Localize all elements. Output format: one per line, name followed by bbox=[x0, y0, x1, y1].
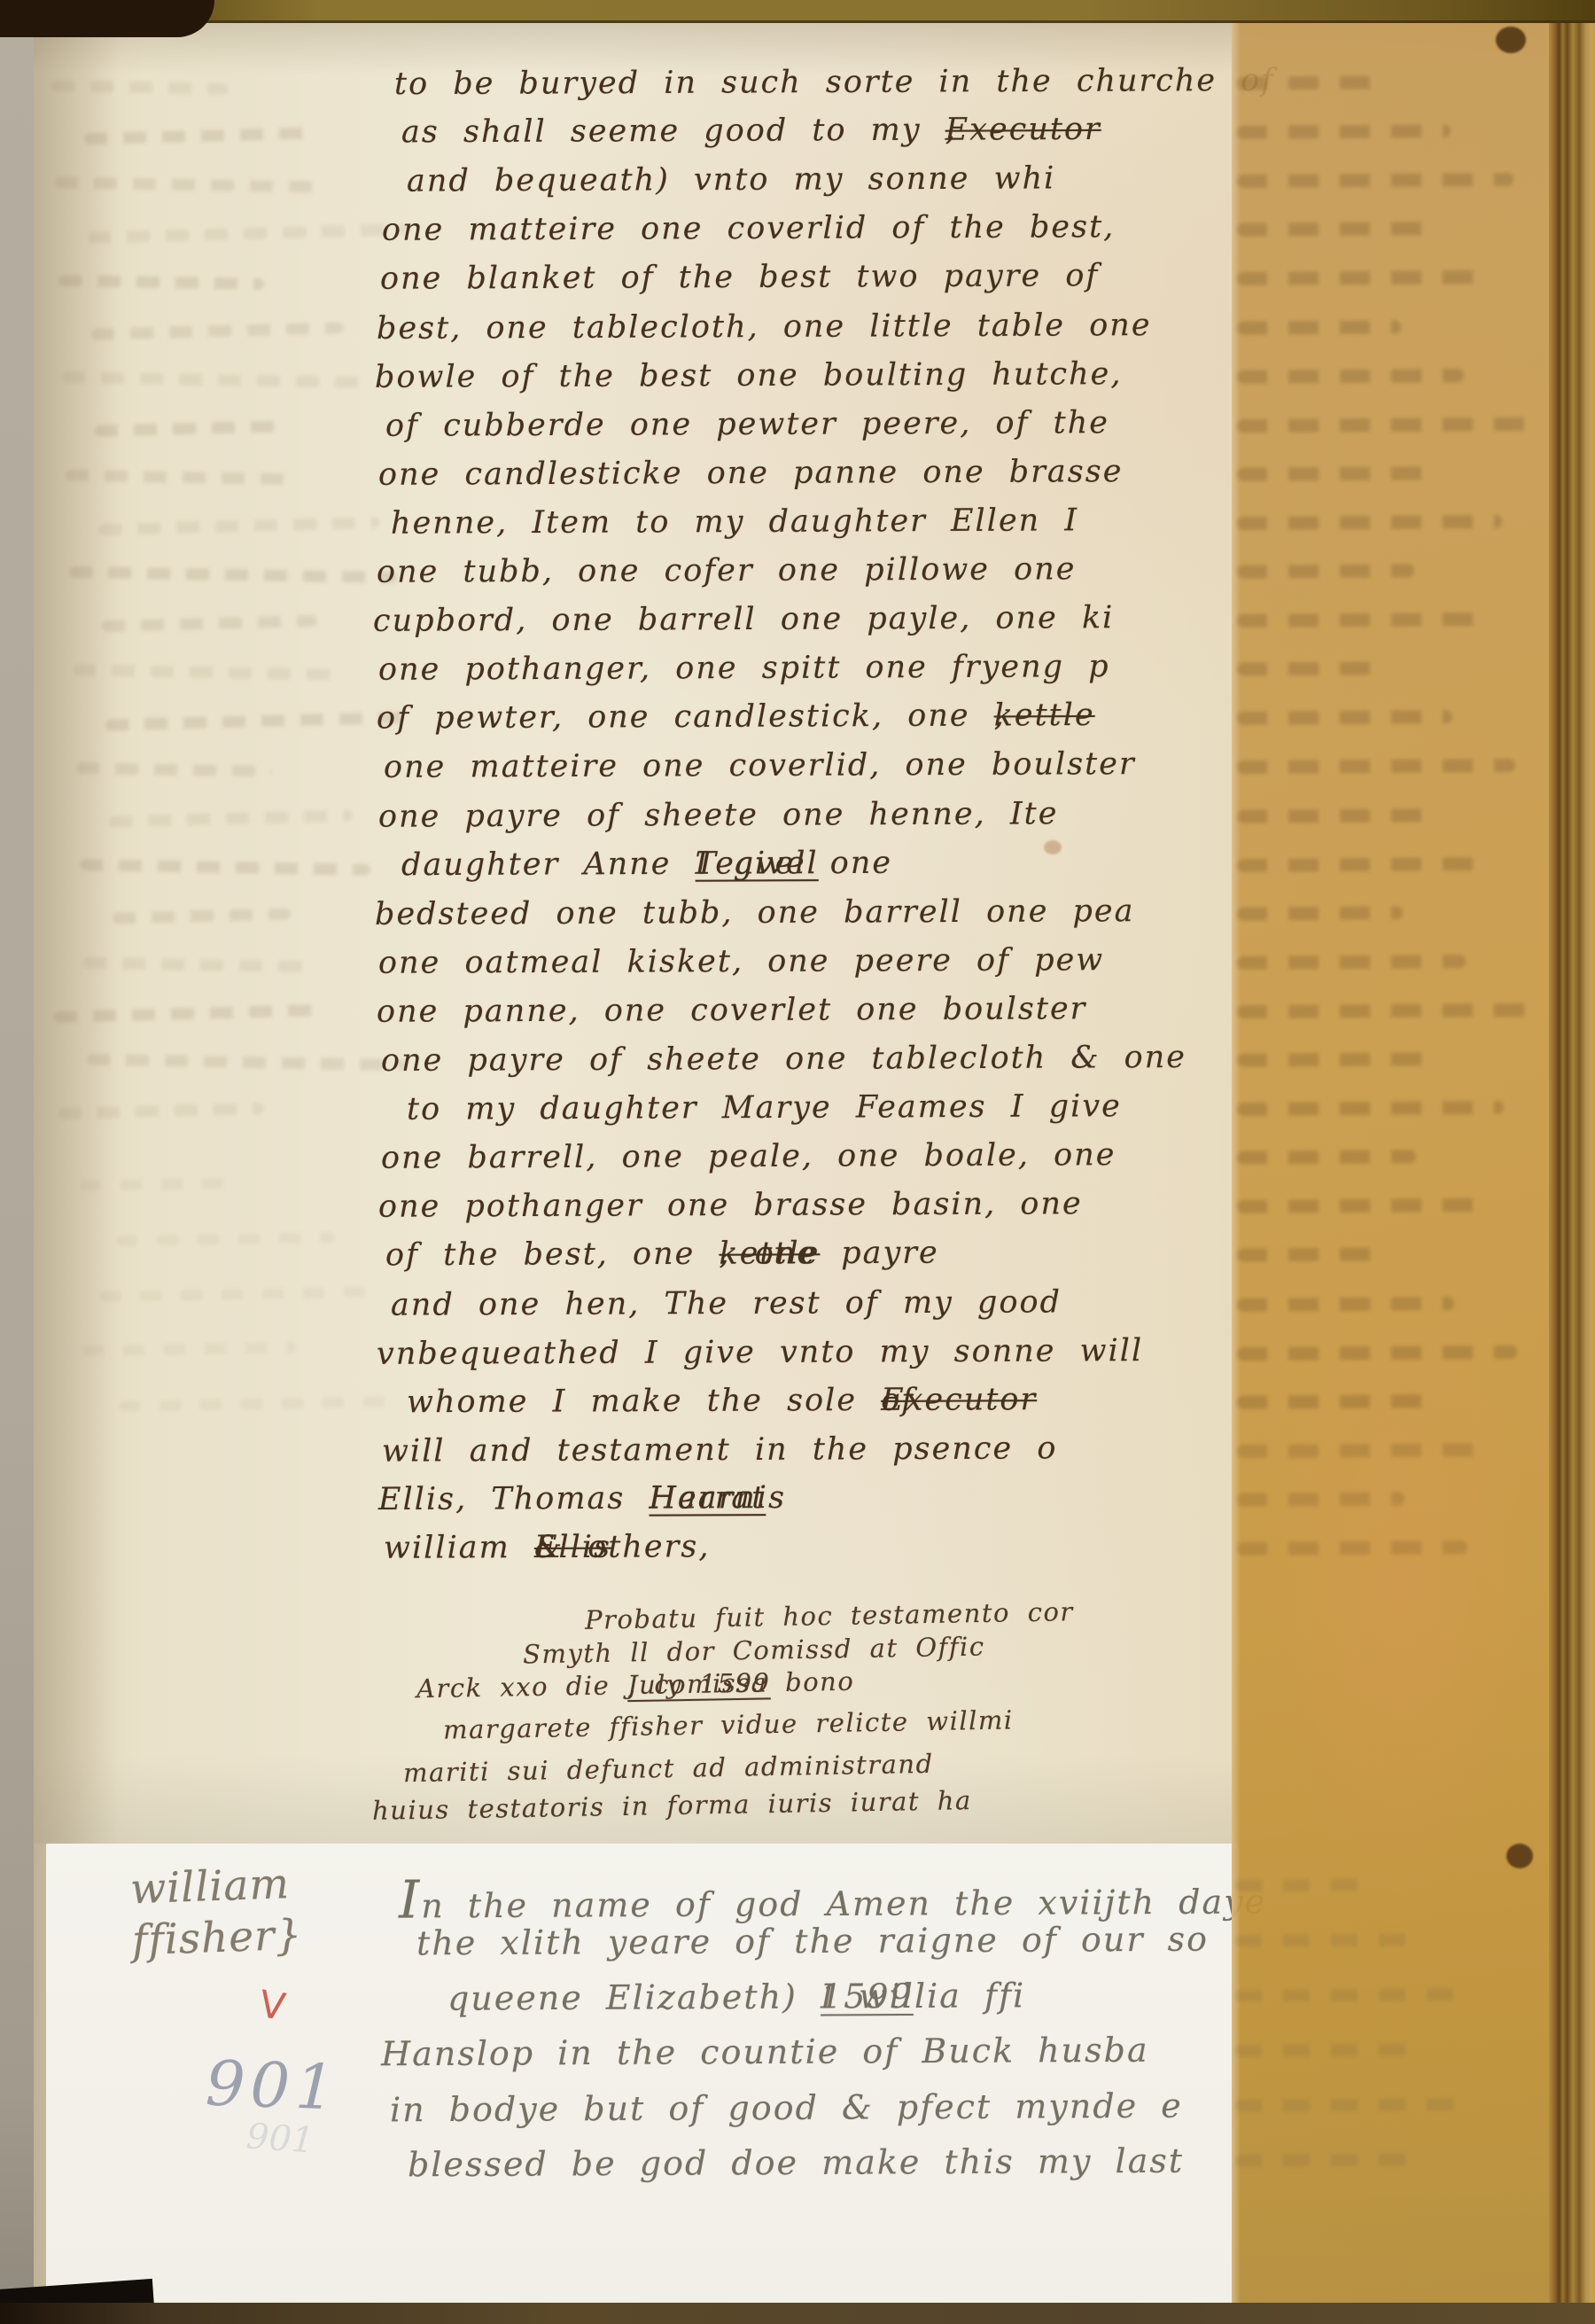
obscured-line bbox=[1237, 1492, 1404, 1506]
book-top-edge bbox=[0, 0, 1595, 23]
obscured-line bbox=[1237, 612, 1477, 628]
will-text-line: best, one tablecloth, one little table o… bbox=[377, 308, 1152, 347]
will-text-line: and bequeath) vnto my sonne whi bbox=[407, 161, 1055, 199]
new-entry-line: queene Elizabeth) 1599 I willia ffi bbox=[447, 1976, 1025, 2017]
obscured-line bbox=[1237, 662, 1389, 676]
obscured-line bbox=[1237, 1394, 1429, 1409]
obscured-text-under-strip bbox=[1232, 21, 1549, 2306]
obscured-line bbox=[1235, 2043, 1413, 2056]
amber-repair-strip bbox=[1232, 21, 1549, 2306]
manuscript-photo: to be buryed in such sorte in the church… bbox=[0, 0, 1595, 2324]
will-text-line: one barrell, one peale, one boale, one bbox=[381, 1137, 1116, 1176]
will-text-line: one pothanger, one spitt one fryeng p bbox=[378, 649, 1110, 688]
will-text-line: one tubb, one cofer one pillowe one bbox=[377, 551, 1077, 589]
will-text-line: as shall seeme good to my Executor, bbox=[401, 113, 957, 151]
new-entry-line: Hanslop in the countie of Buck husba bbox=[381, 2031, 1149, 2074]
page-fore-edge bbox=[1549, 21, 1595, 2306]
obscured-line bbox=[1237, 270, 1489, 285]
obscured-line bbox=[1237, 222, 1426, 237]
binding-gutter bbox=[0, 0, 35, 2324]
obscured-line bbox=[1237, 906, 1403, 920]
obscured-line bbox=[1237, 417, 1527, 433]
obscured-line bbox=[1237, 1052, 1441, 1067]
will-text-line: one matteire one coverlid, one boulster bbox=[384, 747, 1136, 786]
obscured-line bbox=[1237, 808, 1428, 823]
obscured-line bbox=[1237, 515, 1502, 530]
will-text-line: of the best, one kettle, one payre bbox=[385, 1236, 939, 1274]
will-text-line: Ellis, Thomas Harrat Hearnis bbox=[378, 1480, 786, 1517]
obscured-line bbox=[1237, 1101, 1504, 1116]
obscured-line bbox=[1237, 1150, 1416, 1164]
will-text-line: cupbord, one barrell one payle, one ki bbox=[373, 600, 1115, 639]
testator-name-line1: william bbox=[129, 1859, 301, 1916]
obscured-line bbox=[1235, 2153, 1408, 2166]
will-text-line: will and testament in the psence o bbox=[382, 1431, 1058, 1469]
new-entry-line: in bodye but of good & pfect mynde e bbox=[390, 2086, 1183, 2129]
obscured-line bbox=[1235, 1878, 1368, 1891]
obscured-line bbox=[1237, 564, 1414, 578]
will-text-line: daughter Anne Teavell I give one bbox=[401, 845, 892, 882]
obscured-line bbox=[1237, 124, 1451, 139]
obscured-line bbox=[1235, 1933, 1419, 1946]
ink-blot-bottom bbox=[1506, 1844, 1533, 1868]
will-text-line: henne, Item to my daughter Ellen I bbox=[391, 503, 1078, 541]
new-entry-line: the xlith yeare of the raigne of our so bbox=[416, 1920, 1209, 1963]
will-text-line: one pothanger one brasse basin, one bbox=[378, 1187, 1083, 1225]
obscured-line bbox=[1237, 466, 1439, 481]
fox-spot bbox=[1044, 840, 1062, 854]
will-text-line: one blanket of the best two payre of bbox=[380, 259, 1099, 298]
folio-number: 901 bbox=[205, 2047, 341, 2124]
margin-testator-name: william ffisher} bbox=[129, 1859, 303, 1968]
testator-name-line2: ffisher} bbox=[131, 1910, 303, 1968]
will-text-line: to be buryed in such sorte in the church… bbox=[394, 63, 1274, 102]
will-text-line: bowle of the best one boulting hutche, bbox=[375, 356, 1123, 395]
obscured-line bbox=[1237, 1248, 1391, 1262]
will-text-line: one panne, one coverlet one boulster bbox=[377, 991, 1087, 1029]
obscured-line bbox=[1237, 1003, 1529, 1018]
obscured-line bbox=[1237, 1345, 1517, 1360]
will-text-line: vnbequeathed I give vnto my sonne will bbox=[377, 1333, 1143, 1372]
will-text-line: to my daughter Marye Feames I give bbox=[407, 1088, 1122, 1127]
will-text-line: and one hen, The rest of my good bbox=[391, 1284, 1062, 1322]
obscured-line bbox=[1235, 2098, 1464, 2112]
binding-corner-top bbox=[0, 0, 214, 37]
will-text-line: one oatmeal kisket, one peere of pew bbox=[378, 942, 1104, 981]
obscured-line bbox=[1237, 1540, 1467, 1556]
will-text-line: one candlesticke one panne one brasse bbox=[378, 454, 1124, 493]
obscured-line bbox=[1237, 710, 1452, 725]
obscured-line bbox=[1237, 75, 1388, 90]
obscured-line bbox=[1237, 369, 1464, 384]
obscured-line bbox=[1237, 857, 1490, 872]
folio-number-echo: 901 bbox=[245, 2116, 315, 2161]
obscured-line bbox=[1237, 1297, 1454, 1312]
obscured-line bbox=[1237, 1443, 1492, 1458]
obscured-line bbox=[1237, 955, 1466, 970]
book-bottom-edge bbox=[0, 2303, 1595, 2324]
will-text-line: of pewter, one candlestick, one kettle, bbox=[377, 698, 1006, 737]
obscured-line bbox=[1237, 759, 1515, 774]
will-text-line: of cubberde one pewter peere, of the bbox=[385, 405, 1109, 444]
will-text-line: one matteire one coverlid of the best, bbox=[382, 209, 1115, 248]
obscured-line bbox=[1237, 1198, 1479, 1213]
ink-blot-top bbox=[1496, 27, 1526, 53]
will-text-line: bedsteed one tubb, one barrell one pea bbox=[375, 893, 1135, 932]
new-entry-line: blessed be god doe make this my last bbox=[408, 2141, 1184, 2185]
obscured-line bbox=[1235, 1988, 1469, 2002]
will-text-line: one payre of sheete one henne, Ite bbox=[378, 796, 1059, 834]
obscured-line bbox=[1237, 320, 1401, 334]
obscured-line bbox=[1237, 173, 1513, 188]
will-text-line: william Ellis & others, bbox=[384, 1529, 711, 1566]
will-text-line: one payre of sheete one tablecloth & one bbox=[381, 1040, 1187, 1079]
will-text-line: whome I make the sole Executor of bbox=[407, 1382, 914, 1420]
